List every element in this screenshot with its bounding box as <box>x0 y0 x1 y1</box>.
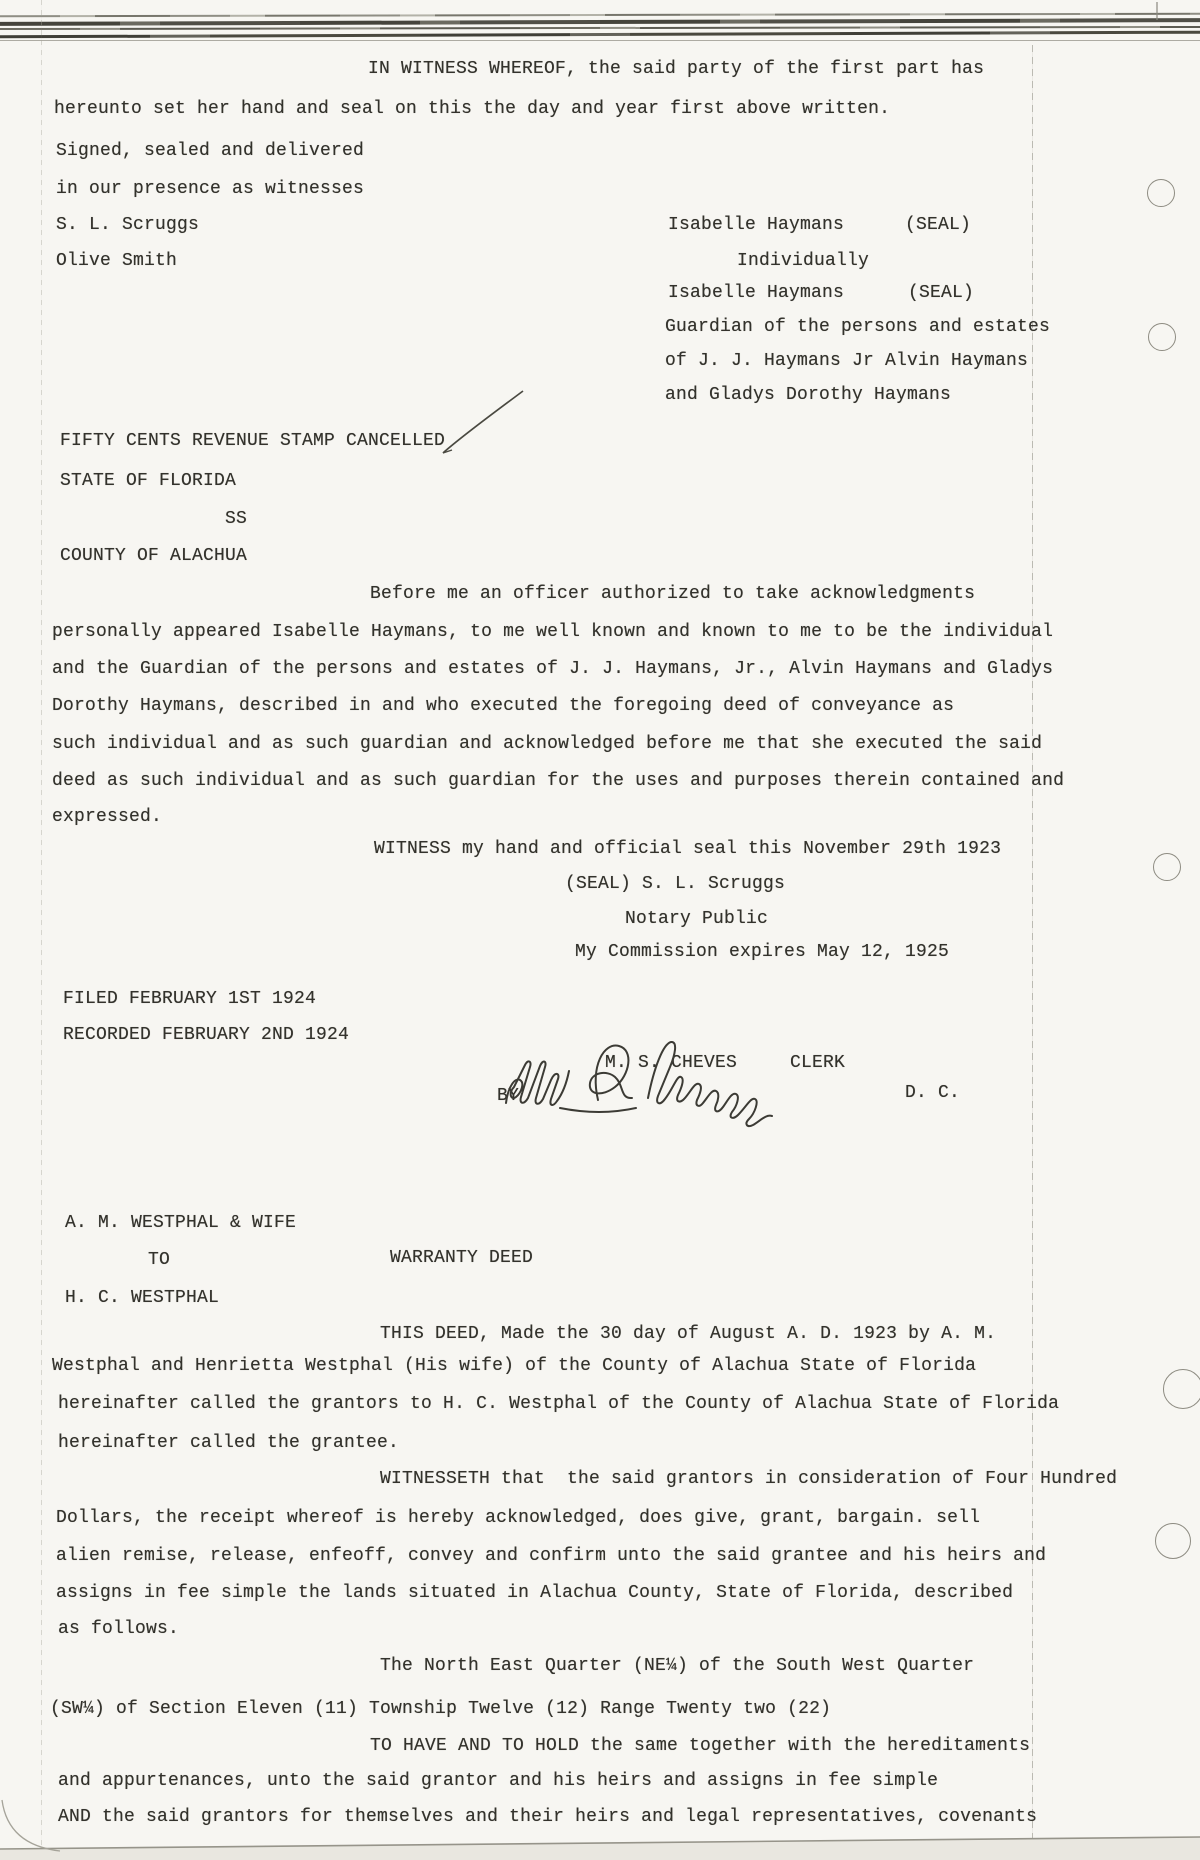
punch-hole <box>1163 1369 1200 1409</box>
notary-witness-line: WITNESS my hand and official seal this N… <box>374 838 1001 860</box>
grantor-caption: A. M. WESTPHAL & WIFE <box>65 1212 296 1234</box>
ss-line: SS <box>225 508 247 530</box>
punch-hole <box>1153 853 1181 881</box>
scanner-streak-band <box>0 18 1200 26</box>
page-bottom-shadow <box>0 1837 1200 1860</box>
acknowledgment-line-5: such individual and as such guardian and… <box>52 733 1042 755</box>
witness-clause-line-2: hereunto set her hand and seal on this t… <box>54 98 890 120</box>
punch-hole <box>1147 179 1175 207</box>
signed-sealed-line: Signed, sealed and delivered <box>56 140 364 162</box>
legal-description-line-2: (SW¼) of Section Eleven (11) Township Tw… <box>50 1698 831 1720</box>
legal-description-line-1: The North East Quarter (NE¼) of the Sout… <box>380 1655 974 1677</box>
deed-body-line-8: assigns in fee simple the lands situated… <box>56 1582 1013 1604</box>
scan-marks-overlay <box>0 0 1200 1860</box>
cancellation-slash <box>443 391 523 453</box>
scanned-deed-page: { "page": { "background_color": "#f7f6f2… <box>0 0 1200 1860</box>
punch-hole <box>1155 1523 1191 1559</box>
deed-body-line-7: alien remise, release, enfeoff, convey a… <box>56 1545 1046 1567</box>
witness-name-scruggs: S. L. Scruggs <box>56 214 199 236</box>
signature2-seal: (SEAL) <box>908 282 974 304</box>
grantee-caption: H. C. WESTPHAL <box>65 1287 219 1309</box>
acknowledgment-line-4: Dorothy Haymans, described in and who ex… <box>52 695 954 717</box>
witness-name-smith: Olive Smith <box>56 250 177 272</box>
scanner-streak-band <box>0 13 1200 18</box>
signature2-name: Isabelle Haymans <box>668 282 844 304</box>
punch-hole <box>1148 323 1176 351</box>
deed-body-line-3: hereinafter called the grantors to H. C.… <box>58 1393 1059 1415</box>
filed-line: FILED FEBRUARY 1ST 1924 <box>63 988 316 1010</box>
presence-line: in our presence as witnesses <box>56 178 364 200</box>
deed-body-line-6: Dollars, the receipt whereof is hereby a… <box>56 1507 980 1529</box>
scanner-streak-band <box>0 26 1200 30</box>
signature2-capacity-2: of J. J. Haymans Jr Alvin Haymans <box>665 350 1028 372</box>
page-edge-line-right <box>1032 45 1033 1845</box>
clerk-title: CLERK <box>790 1052 845 1074</box>
page-corner-curve <box>2 1800 60 1851</box>
deed-body-line-5: WITNESSETH that the said grantors in con… <box>380 1468 1117 1490</box>
revenue-stamp-line: FIFTY CENTS REVENUE STAMP CANCELLED <box>60 430 445 452</box>
witness-clause-line-1: IN WITNESS WHEREOF, the said party of th… <box>368 58 984 80</box>
state-line: STATE OF FLORIDA <box>60 470 236 492</box>
notary-title: Notary Public <box>625 908 768 930</box>
deed-body-line-4: hereinafter called the grantee. <box>58 1432 399 1454</box>
county-line: COUNTY OF ALACHUA <box>60 545 247 567</box>
habendum-line-2: and appurtenances, unto the said grantor… <box>58 1770 938 1792</box>
by-label: BY <box>497 1085 519 1107</box>
habendum-line-3: AND the said grantors for themselves and… <box>58 1806 1037 1828</box>
acknowledgment-line-7: expressed. <box>52 806 162 828</box>
scanner-streak-band <box>0 31 1200 39</box>
deputy-clerk-initials: D. C. <box>905 1082 960 1104</box>
page-bottom-edge <box>0 1837 1200 1849</box>
doc-type-caption: WARRANTY DEED <box>390 1247 533 1269</box>
habendum-line-1: TO HAVE AND TO HOLD the same together wi… <box>370 1735 1030 1757</box>
deed-body-line-2: Westphal and Henrietta Westphal (His wif… <box>52 1355 976 1377</box>
recorded-line: RECORDED FEBRUARY 2ND 1924 <box>63 1024 349 1046</box>
acknowledgment-line-1: Before me an officer authorized to take … <box>370 583 975 605</box>
acknowledgment-line-3: and the Guardian of the persons and esta… <box>52 658 1053 680</box>
page-edge-line-left <box>41 0 42 1855</box>
notary-seal-signature: (SEAL) S. L. Scruggs <box>565 873 785 895</box>
signature1-seal: (SEAL) <box>905 214 971 236</box>
acknowledgment-line-2: personally appeared Isabelle Haymans, to… <box>52 621 1053 643</box>
deed-body-line-9: as follows. <box>58 1618 179 1640</box>
signature1-name: Isabelle Haymans <box>668 214 844 236</box>
deed-body-line-1: THIS DEED, Made the 30 day of August A. … <box>380 1323 996 1345</box>
acknowledgment-line-6: deed as such individual and as such guar… <box>52 770 1064 792</box>
signature2-capacity-3: and Gladys Dorothy Haymans <box>665 384 951 406</box>
notary-commission: My Commission expires May 12, 1925 <box>575 941 949 963</box>
signature2-capacity-1: Guardian of the persons and estates <box>665 316 1050 338</box>
clerk-name: M. S. CHEVES <box>605 1052 737 1074</box>
signature1-capacity: Individually <box>737 250 869 272</box>
scanner-streak-band <box>0 40 1200 41</box>
to-caption: TO <box>148 1249 170 1271</box>
